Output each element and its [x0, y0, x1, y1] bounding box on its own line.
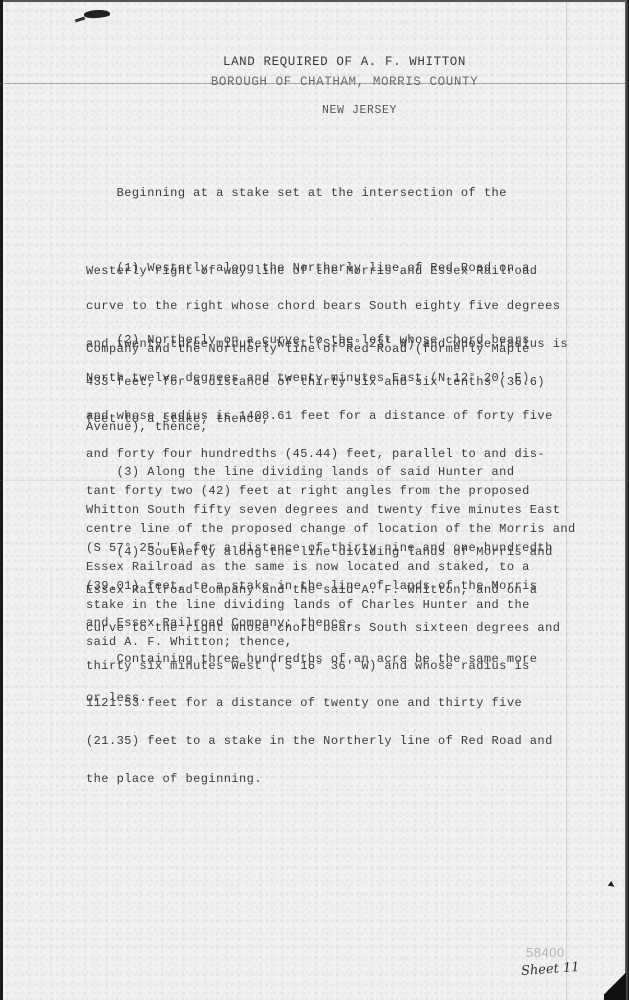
document-title: LAND REQUIRED OF A. F. WHITTON [30, 55, 629, 69]
sheet-label: Sheet 11 [521, 960, 580, 979]
page-right-edge [625, 0, 629, 1000]
course-line: Whitton South fifty seven degrees and tw… [86, 504, 606, 517]
ink-mark-icon [75, 17, 85, 23]
document-subtitle: BOROUGH OF CHATHAM, MORRIS COUNTY [30, 75, 629, 89]
course-line: (21.35) feet to a stake in the Northerly… [86, 735, 606, 748]
ink-blot-icon [84, 9, 111, 20]
course-line: the place of beginning. [86, 773, 606, 786]
course-line: and whose radius is 1408.61 feet for a d… [86, 410, 606, 423]
intro-line: Beginning at a stake set at the intersec… [86, 180, 606, 206]
closing-line: or less. [86, 692, 606, 705]
pen-mark-icon [608, 881, 616, 889]
course-line: North twelve degrees and twenty minutes … [86, 372, 606, 385]
course-line: (2) Northerly on a curve to the left who… [86, 334, 606, 347]
course-line: Essex Railroad Company and the said A. F… [86, 584, 606, 597]
scanned-document-page: LAND REQUIRED OF A. F. WHITTON BOROUGH O… [0, 0, 629, 1000]
page-left-edge [0, 0, 3, 1000]
course-line: (4) Southerly along the line dividing la… [86, 546, 606, 559]
course-line: (3) Along the line dividing lands of sai… [86, 466, 606, 479]
stamp-number: 58400 [526, 945, 565, 960]
closing-paragraph: Containing three hundredths of an acre b… [86, 627, 606, 731]
page-top-edge [0, 0, 629, 2]
closing-line: Containing three hundredths of an acre b… [86, 653, 606, 666]
document-state: NEW JERSEY [45, 104, 629, 117]
course-line: (1) Westerly along the Northerly line of… [86, 262, 606, 275]
page-corner-shadow [604, 960, 626, 1000]
